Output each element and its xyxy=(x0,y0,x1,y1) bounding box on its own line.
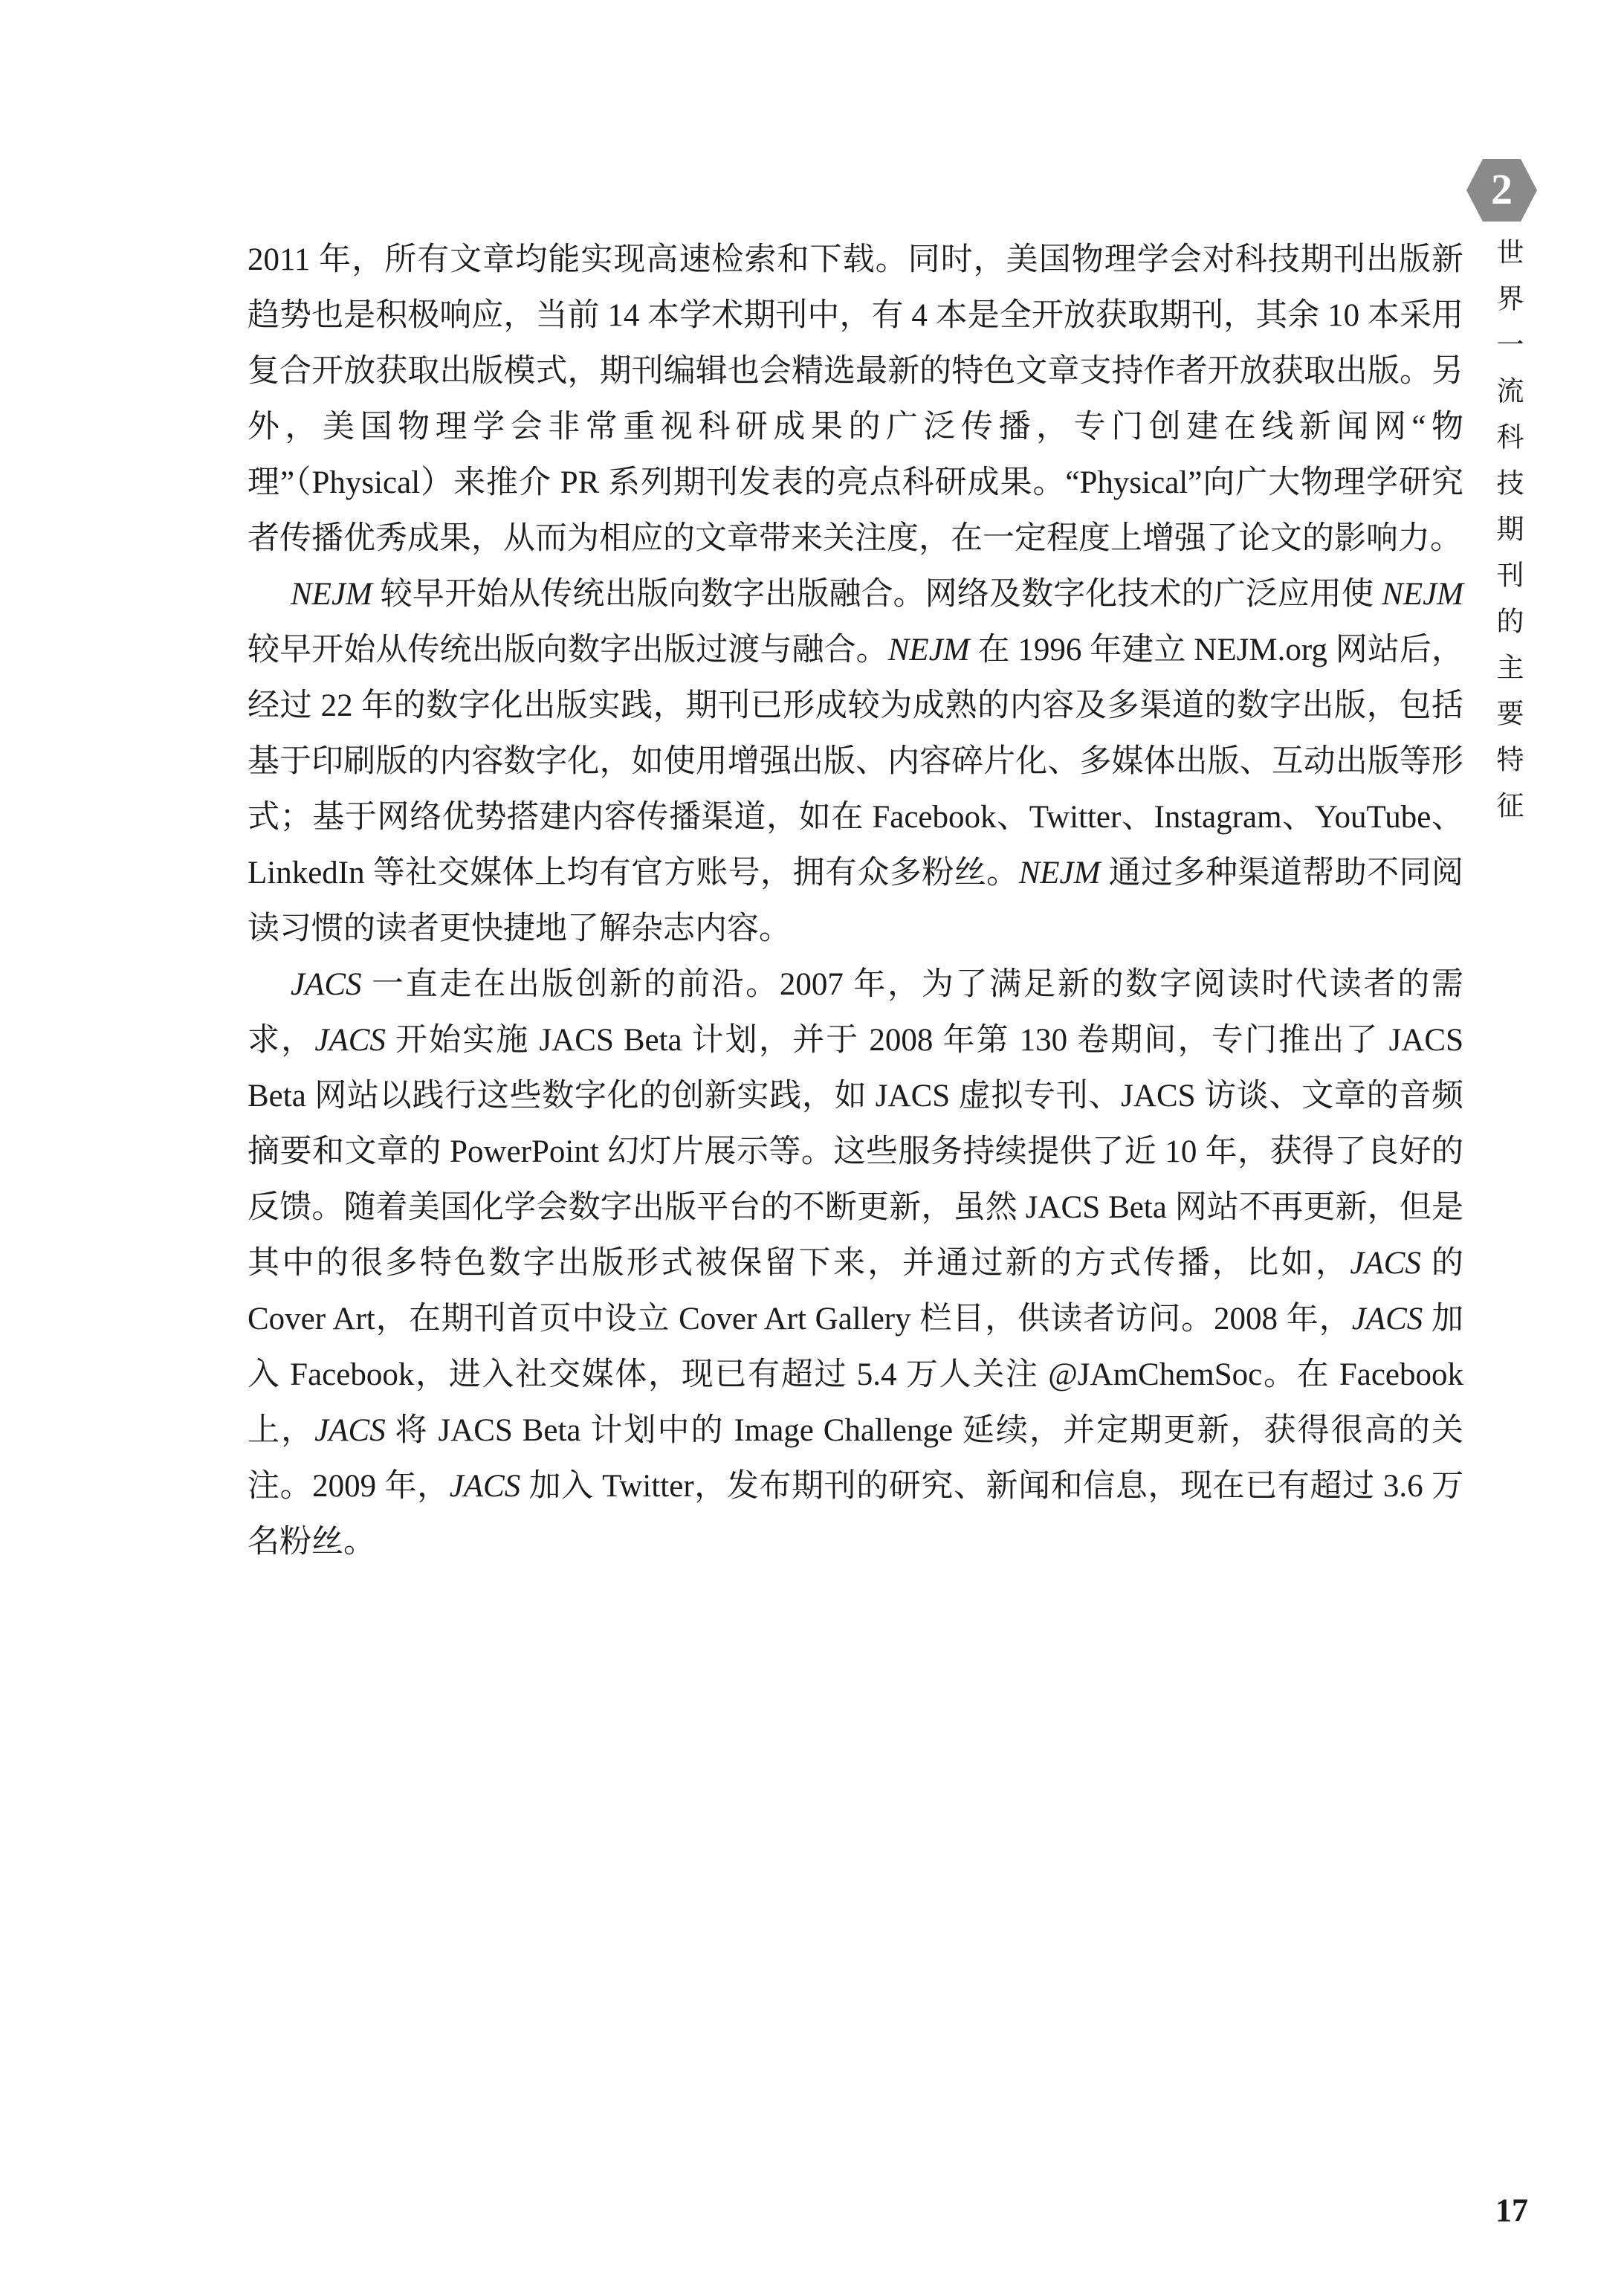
paragraph: 2011 年，所有文章均能实现高速检索和下载。同时，美国物理学会对科技期刊出版新… xyxy=(248,232,1463,566)
chapter-side-title: 世界一流科技期刊的主要特征 xyxy=(1486,238,1527,837)
journal-name-italic: JACS xyxy=(291,967,362,1002)
text-run: 2011 年，所有文章均能实现高速检索和下载。同时，美国物理学会对科技期刊出版新… xyxy=(248,242,1463,556)
journal-name-italic: NEJM xyxy=(1382,577,1463,612)
journal-name-italic: JACS xyxy=(1352,1302,1423,1336)
journal-name-italic: JACS xyxy=(1350,1246,1421,1281)
journal-name-italic: NEJM xyxy=(291,577,372,612)
journal-name-italic: JACS xyxy=(314,1023,386,1058)
journal-name-italic: JACS xyxy=(314,1413,386,1448)
book-page: 2011 年，所有文章均能实现高速检索和下载。同时，美国物理学会对科技期刊出版新… xyxy=(0,0,1624,2282)
paragraph: JACS 一直走在出版创新的前沿。2007 年，为了满足新的数字阅读时代读者的需… xyxy=(248,957,1463,1570)
chapter-number: 2 xyxy=(1491,168,1513,211)
text-run: 较早开始从传统出版向数字出版融合。网络及数字化技术的广泛应用使 xyxy=(372,577,1382,612)
text-run: 较早开始从传统出版向数字出版过渡与融合。 xyxy=(248,633,888,668)
journal-name-italic: JACS xyxy=(450,1469,521,1504)
text-run: 在 1996 年建立 NEJM.org 网站后，经过 22 年的数字化出版实践，… xyxy=(248,633,1463,891)
text-run: 开始实施 JACS Beta 计划，并于 2008 年第 130 卷期间，专门推… xyxy=(248,1023,1463,1281)
paragraph: NEJM 较早开始从传统出版向数字出版融合。网络及数字化技术的广泛应用使 NEJ… xyxy=(248,566,1463,957)
chapter-badge-hexagon: 2 xyxy=(1466,159,1537,222)
journal-name-italic: NEJM xyxy=(888,633,970,668)
body-text: 2011 年，所有文章均能实现高速检索和下载。同时，美国物理学会对科技期刊出版新… xyxy=(248,232,1463,1570)
page-number: 17 xyxy=(1495,2191,1528,2229)
journal-name-italic: NEJM xyxy=(1019,856,1101,891)
